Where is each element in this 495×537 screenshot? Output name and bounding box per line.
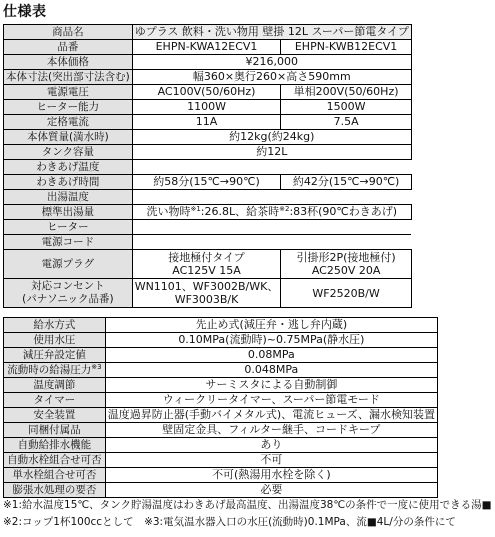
table-row: 電源コード: [4, 235, 412, 250]
output-text: :26.8L、給茶時: [201, 205, 279, 218]
table-row: 同梱付属品壁固定金具、フィルター継手、コードキープ: [4, 423, 438, 438]
table-row: タイマーウィークリータイマー、スーパー節電モード: [4, 393, 438, 408]
table-row: 使用水圧0.10MPa(流動時)~0.75MPa(静水圧): [4, 333, 438, 348]
row-value: サーミスタによる自動制御: [105, 378, 437, 393]
row-label: 出湯温度: [4, 190, 133, 205]
table-row: 安全装置温度過昇防止器(手動バイメタル式)、電流ヒューズ、漏水検知装置: [4, 408, 438, 423]
output-text: :83杯(90℃わきあげ): [289, 205, 397, 218]
weight: 約12kg(約24kg): [132, 130, 411, 145]
label-line: (パナソニック品番): [6, 293, 130, 306]
row-label: ヒーター能力: [4, 100, 133, 115]
plug-b: 引掛形2P(接地極付)AC250V 20A: [281, 250, 412, 279]
row-label: 給水方式: [4, 318, 106, 333]
row-value: 壁固定金具、フィルター継手、コードキープ: [105, 423, 437, 438]
row-label: 流動時の給湯圧力※3: [4, 363, 106, 378]
power-cord: [132, 235, 411, 250]
row-label: 自動給排水機能: [4, 438, 106, 453]
heater: [132, 220, 411, 235]
boil-time-a: 約58分(15℃→90℃): [132, 175, 281, 190]
table-row: 自動水栓組合せ可否不可: [4, 453, 438, 468]
heater-a: 1100W: [132, 100, 281, 115]
table-row: わきあげ温度: [4, 160, 412, 175]
table-row: 対応コンセント(パナソニック品番) WN1101、WF3002B/WK、WF30…: [4, 279, 412, 308]
row-value: ウィークリータイマー、スーパー節電モード: [105, 393, 437, 408]
row-label: 本体寸法(突出部寸法含む): [4, 70, 133, 85]
table-row: 流動時の給湯圧力※30.048MPa: [4, 363, 438, 378]
row-value: あり: [105, 438, 437, 453]
row-label: 膨張水処理の要否: [4, 483, 106, 498]
output-text: 洗い物時: [146, 205, 190, 218]
row-label: 同梱付属品: [4, 423, 106, 438]
plug-a: 接地極付タイプAC125V 15A: [132, 250, 281, 279]
row-label: 温度調節: [4, 378, 106, 393]
plug-type: 接地極付タイプ: [135, 251, 279, 264]
row-label: 使用水圧: [4, 333, 106, 348]
row-label: わきあげ温度: [4, 160, 133, 175]
footnote-1: ※1:給水温度15℃、タンク貯湯温度はわきあげ最高温度、出湯温度38℃の条件で一…: [3, 497, 492, 514]
table-row: ヒーター: [4, 220, 412, 235]
table-row: 商品名 ゆプラス 飲料・洗い物用 壁掛 12L スーパー節電タイプ: [4, 25, 412, 40]
row-label: タンク容量: [4, 145, 133, 160]
table-row: タンク容量 約12L: [4, 145, 412, 160]
row-value: 0.08MPa: [105, 348, 437, 363]
row-label: 品番: [4, 40, 133, 55]
model-b: EHPN-KWB12ECV1: [281, 40, 412, 55]
table-row: 本体価格 ¥216,000: [4, 55, 412, 70]
product-name: ゆプラス 飲料・洗い物用 壁掛 12L スーパー節電タイプ: [132, 25, 411, 40]
table-row: 定格電流 11A 7.5A: [4, 115, 412, 130]
table-row: 減圧弁設定値0.08MPa: [4, 348, 438, 363]
standard-output: 洗い物時※1:26.8L、給茶時※2:83杯(90℃わきあげ): [132, 205, 411, 220]
row-label: 電源電圧: [4, 85, 133, 100]
table-row: 電源電圧 AC100V(50/60Hz) 単相200V(50/60Hz): [4, 85, 412, 100]
row-value: 0.10MPa(流動時)~0.75MPa(静水圧): [105, 333, 437, 348]
row-label: 安全装置: [4, 408, 106, 423]
outlet-a: WN1101、WF3002B/WK、WF3003B/K: [132, 279, 281, 308]
spec-table-top: 商品名 ゆプラス 飲料・洗い物用 壁掛 12L スーパー節電タイプ 品番 EHP…: [3, 24, 412, 308]
row-label: ヒーター: [4, 220, 133, 235]
outlet-model: WN1101、WF3002B/WK、: [135, 280, 279, 293]
row-value: 不可: [105, 453, 437, 468]
table-row: 品番 EHPN-KWA12ECV1 EHPN-KWB12ECV1: [4, 40, 412, 55]
row-label: わきあげ時間: [4, 175, 133, 190]
row-label: タイマー: [4, 393, 106, 408]
row-label: 減圧弁設定値: [4, 348, 106, 363]
row-label: 定格電流: [4, 115, 133, 130]
page-title: 仕様表: [3, 1, 47, 21]
row-value: 0.048MPa: [105, 363, 437, 378]
footnote-ref: ※2: [279, 205, 289, 213]
table-row: わきあげ時間 約58分(15℃→90℃) 約42分(15℃→90℃): [4, 175, 412, 190]
row-label: 電源コード: [4, 235, 133, 250]
table-row: 温度調節サーミスタによる自動制御: [4, 378, 438, 393]
plug-rating: AC250V 20A: [283, 264, 409, 277]
table-row: 自動給排水機能あり: [4, 438, 438, 453]
current-b: 7.5A: [281, 115, 412, 130]
table-row: 標準出湯量 洗い物時※1:26.8L、給茶時※2:83杯(90℃わきあげ): [4, 205, 412, 220]
tank-capacity: 約12L: [132, 145, 411, 160]
table-row: 電源プラグ 接地極付タイプAC125V 15A 引掛形2P(接地極付)AC250…: [4, 250, 412, 279]
boil-time-b: 約42分(15℃→90℃): [281, 175, 412, 190]
footnote-2: ※2:コップ1杯100ccとして ※3:電気温水器入口の水圧(流動時)0.1MP…: [3, 514, 492, 531]
boil-temp: [132, 160, 411, 175]
table-row: 本体寸法(突出部寸法含む) 幅360×奥行260×高さ590mm: [4, 70, 412, 85]
table-row: 出湯温度: [4, 190, 412, 205]
footnotes: ※1:給水温度15℃、タンク貯湯温度はわきあげ最高温度、出湯温度38℃の条件で一…: [3, 497, 492, 531]
row-value: 必要: [105, 483, 437, 498]
table-row: 単水栓組合せ可否不可(熱湯用水栓を除く): [4, 468, 438, 483]
outlet-b: WF2520B/W: [281, 279, 412, 308]
row-label: 対応コンセント(パナソニック品番): [4, 279, 133, 308]
spec-table-bottom: 給水方式先止め式(減圧弁・逃し弁内蔵) 使用水圧0.10MPa(流動時)~0.7…: [3, 317, 438, 498]
row-label: 自動水栓組合せ可否: [4, 453, 106, 468]
dimensions: 幅360×奥行260×高さ590mm: [132, 70, 411, 85]
plug-type: 引掛形2P(接地極付): [283, 251, 409, 264]
price: ¥216,000: [132, 55, 411, 70]
voltage-a: AC100V(50/60Hz): [132, 85, 281, 100]
plug-rating: AC125V 15A: [135, 264, 279, 277]
row-label: 電源プラグ: [4, 250, 133, 279]
row-value: 先止め式(減圧弁・逃し弁内蔵): [105, 318, 437, 333]
outlet-temp: [132, 190, 411, 205]
heater-b: 1500W: [281, 100, 412, 115]
row-value: 不可(熱湯用水栓を除く): [105, 468, 437, 483]
table-row: 膨張水処理の要否必要: [4, 483, 438, 498]
model-a: EHPN-KWA12ECV1: [132, 40, 281, 55]
outlet-model: WF3003B/K: [135, 293, 279, 306]
current-a: 11A: [132, 115, 281, 130]
row-label: 商品名: [4, 25, 133, 40]
label-text: 流動時の給湯圧力: [7, 364, 91, 376]
table-row: 本体質量(満水時) 約12kg(約24kg): [4, 130, 412, 145]
row-label: 単水栓組合せ可否: [4, 468, 106, 483]
table-row: ヒーター能力 1100W 1500W: [4, 100, 412, 115]
footnote-ref: ※3: [91, 363, 101, 371]
voltage-b: 単相200V(50/60Hz): [281, 85, 412, 100]
table-row: 給水方式先止め式(減圧弁・逃し弁内蔵): [4, 318, 438, 333]
footnote-ref: ※1: [190, 205, 200, 213]
row-value: 温度過昇防止器(手動バイメタル式)、電流ヒューズ、漏水検知装置: [105, 408, 437, 423]
row-label: 本体質量(満水時): [4, 130, 133, 145]
row-label: 標準出湯量: [4, 205, 133, 220]
row-label: 本体価格: [4, 55, 133, 70]
label-line: 対応コンセント: [6, 280, 130, 293]
